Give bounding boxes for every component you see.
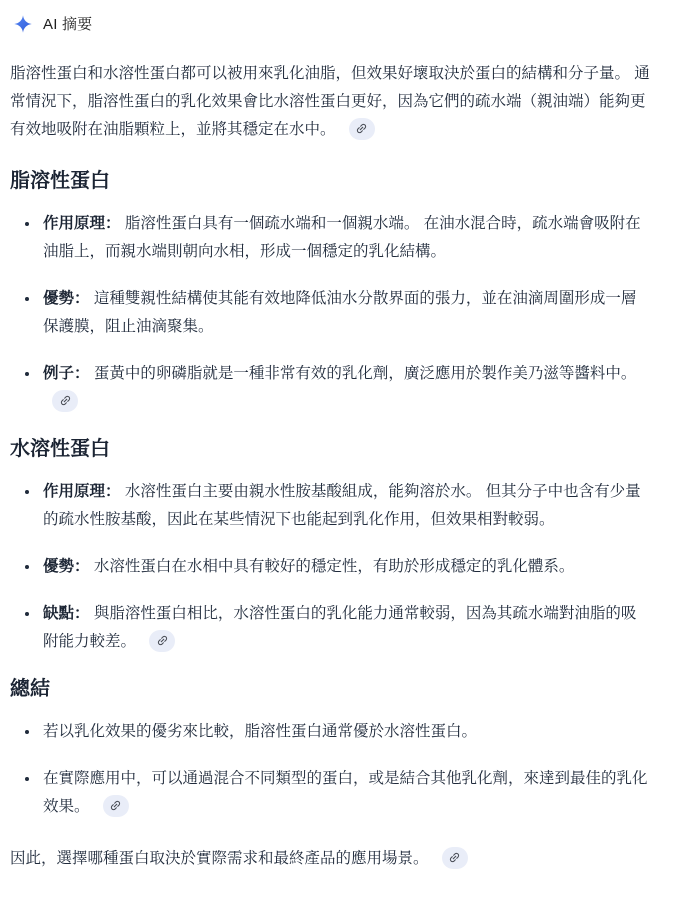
bullet-list: 作用原理： 脂溶性蛋白具有一個疏水端和一個親水端。 在油水混合時，疏水端會吸附在… xyxy=(10,210,650,416)
footer-paragraph: 因此，選擇哪種蛋白取決於實際需求和最終產品的應用場景。 xyxy=(10,845,650,873)
link-icon xyxy=(107,797,125,815)
intro-text: 脂溶性蛋白和水溶性蛋白都可以被用來乳化油脂，但效果好壞取決於蛋白的結構和分子量。… xyxy=(10,65,650,138)
bullet-list: 若以乳化效果的優劣來比較，脂溶性蛋白通常優於水溶性蛋白。 在實際應用中，可以通過… xyxy=(10,718,650,821)
bullet-text: 脂溶性蛋白具有一個疏水端和一個親水端。 在油水混合時，疏水端會吸附在油脂上，而親… xyxy=(43,215,641,260)
bullet-text: 水溶性蛋白主要由親水性胺基酸組成，能夠溶於水。 但其分子中也含有少量的疏水性胺基… xyxy=(43,483,641,528)
list-item: 優勢： 這種雙親性結構使其能有效地降低油水分散界面的張力，並在油滴周圍形成一層保… xyxy=(10,285,650,341)
content-section: 脂溶性蛋白 作用原理： 脂溶性蛋白具有一個疏水端和一個親水端。 在油水混合時，疏… xyxy=(10,168,650,416)
list-item: 若以乳化效果的優劣來比較，脂溶性蛋白通常優於水溶性蛋白。 xyxy=(10,718,650,746)
sections-container: 脂溶性蛋白 作用原理： 脂溶性蛋白具有一個疏水端和一個親水端。 在油水混合時，疏… xyxy=(10,168,650,821)
content-section: 總結 若以乳化效果的優劣來比較，脂溶性蛋白通常優於水溶性蛋白。 在實際應用中，可… xyxy=(10,676,650,821)
list-item: 缺點： 與脂溶性蛋白相比，水溶性蛋白的乳化能力通常較弱，因為其疏水端對油脂的吸附… xyxy=(10,600,650,656)
bullet-text: 蛋黃中的卵磷脂就是一種非常有效的乳化劑，廣泛應用於製作美乃滋等醬料中。 xyxy=(90,365,637,382)
section-heading: 水溶性蛋白 xyxy=(10,436,650,462)
list-item: 作用原理： 水溶性蛋白主要由親水性胺基酸組成，能夠溶於水。 但其分子中也含有少量… xyxy=(10,478,650,534)
ai-overview-title: AI 摘要 xyxy=(43,13,92,34)
bullet-label: 缺點： xyxy=(43,605,90,622)
ai-overview-header: AI 摘要 xyxy=(10,13,650,34)
citation-link-chip[interactable] xyxy=(442,847,468,869)
citation-link-chip[interactable] xyxy=(52,390,78,412)
citation-link-chip[interactable] xyxy=(349,118,375,140)
bullet-label: 作用原理： xyxy=(43,483,121,500)
intro-paragraph: 脂溶性蛋白和水溶性蛋白都可以被用來乳化油脂，但效果好壞取決於蛋白的結構和分子量。… xyxy=(10,60,650,144)
footer-text: 因此，選擇哪種蛋白取決於實際需求和最終產品的應用場景。 xyxy=(10,850,429,867)
bullet-text: 在實際應用中，可以通過混合不同類型的蛋白，或是結合其他乳化劑，來達到最佳的乳化效… xyxy=(43,770,648,815)
citation-link-chip[interactable] xyxy=(149,630,175,652)
link-icon xyxy=(153,632,171,650)
bullet-text: 水溶性蛋白在水相中具有較好的穩定性，有助於形成穩定的乳化體系。 xyxy=(90,558,575,575)
bullet-label: 優勢： xyxy=(43,558,90,575)
bullet-text: 與脂溶性蛋白相比，水溶性蛋白的乳化能力通常較弱，因為其疏水端對油脂的吸附能力較差… xyxy=(43,605,636,650)
section-heading: 總結 xyxy=(10,676,650,702)
content-section: 水溶性蛋白 作用原理： 水溶性蛋白主要由親水性胺基酸組成，能夠溶於水。 但其分子… xyxy=(10,436,650,656)
list-item: 優勢： 水溶性蛋白在水相中具有較好的穩定性，有助於形成穩定的乳化體系。 xyxy=(10,553,650,581)
bullet-text: 這種雙親性結構使其能有效地降低油水分散界面的張力，並在油滴周圍形成一層保護膜，阻… xyxy=(43,290,636,335)
list-item: 作用原理： 脂溶性蛋白具有一個疏水端和一個親水端。 在油水混合時，疏水端會吸附在… xyxy=(10,210,650,266)
link-icon xyxy=(353,120,371,138)
list-item: 在實際應用中，可以通過混合不同類型的蛋白，或是結合其他乳化劑，來達到最佳的乳化效… xyxy=(10,765,650,821)
bullet-text: 若以乳化效果的優劣來比較，脂溶性蛋白通常優於水溶性蛋白。 xyxy=(43,723,477,740)
bullet-label: 作用原理： xyxy=(43,215,121,232)
bullet-label: 優勢： xyxy=(43,290,90,307)
bullet-list: 作用原理： 水溶性蛋白主要由親水性胺基酸組成，能夠溶於水。 但其分子中也含有少量… xyxy=(10,478,650,656)
section-heading: 脂溶性蛋白 xyxy=(10,168,650,194)
link-icon xyxy=(446,849,464,867)
bullet-label: 例子： xyxy=(43,365,90,382)
list-item: 例子： 蛋黃中的卵磷脂就是一種非常有效的乳化劑，廣泛應用於製作美乃滋等醬料中。 xyxy=(10,360,650,416)
link-icon xyxy=(56,392,74,410)
citation-link-chip[interactable] xyxy=(103,795,129,817)
gemini-sparkle-icon xyxy=(13,14,33,34)
